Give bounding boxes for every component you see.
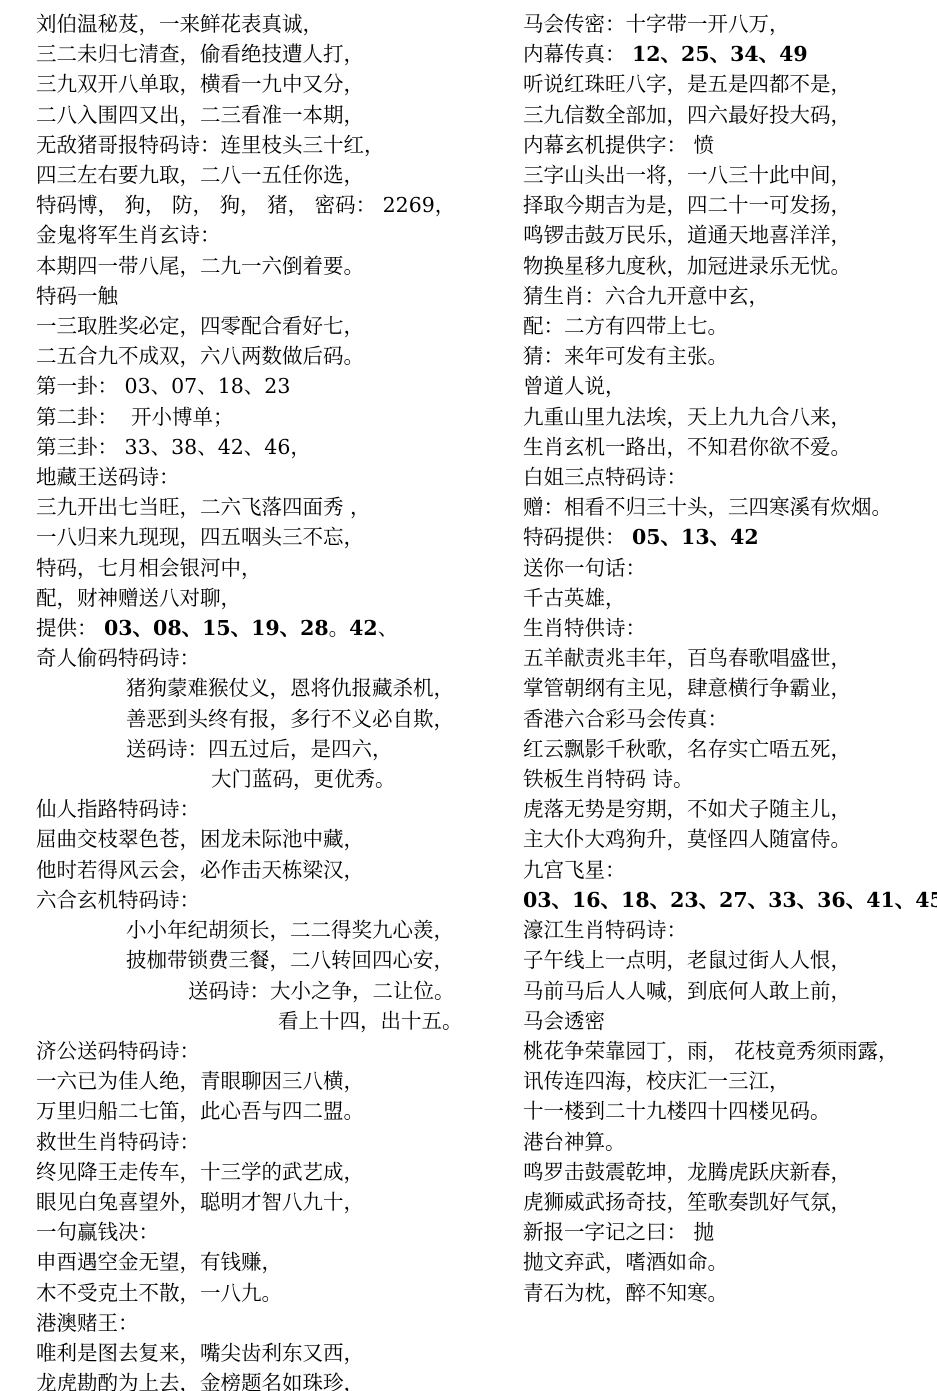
- text-line: 猪狗蒙难猴仗义，恩将仇报藏杀机，: [36, 673, 498, 703]
- text-segment: 救世生肖特码诗：: [36, 1130, 200, 1154]
- text-segment: 红云飘影千秋歌，名存实亡唔五死，: [523, 737, 851, 761]
- text-segment: 讯传连四海，校庆汇一三江，: [523, 1069, 790, 1093]
- text-line: 特码博， 狗， 防， 狗， 猪， 密码： 2269，: [36, 190, 498, 220]
- text-segment: 马会透密: [523, 1009, 605, 1033]
- text-line: 鸣锣击鼓万民乐，道通天地喜洋洋，: [523, 220, 933, 250]
- text-segment: 大门蓝码，更优秀。: [211, 767, 396, 791]
- text-line: 济公送码特码诗：: [36, 1036, 498, 1066]
- text-segment: 一三取胜奖必定，四零配合看好七，: [36, 314, 364, 338]
- text-segment: 唯利是图去复来，嘴尖齿利东又西，: [36, 1341, 364, 1365]
- document-page: 刘伯温秘芨，一来鲜花表真诚，三二未归七清查，偷看绝技遭人打，三九双开八单取，横看…: [0, 0, 937, 1391]
- text-segment: 三二未归七清查，偷看绝技遭人打，: [36, 42, 364, 66]
- text-segment: 生肖特供诗：: [523, 616, 646, 640]
- text-segment: 小小年纪胡须长，二二得奖九心羡，: [126, 918, 454, 942]
- text-segment: 择取今期吉为是，四二十一可发扬，: [523, 193, 851, 217]
- text-segment: 五羊献责兆丰年，百鸟春歌唱盛世，: [523, 646, 851, 670]
- text-segment: 特码提供：: [523, 525, 632, 549]
- text-line: 万里归船二七笛，此心吾与四二盟。: [36, 1096, 498, 1126]
- text-segment: 青石为枕，醉不知寒。: [523, 1281, 728, 1305]
- text-segment: 三九双开八单取，横看一九中又分，: [36, 72, 364, 96]
- text-line: 千古英雄，: [523, 583, 933, 613]
- text-line: 三九双开八单取，横看一九中又分，: [36, 69, 498, 99]
- text-line: 四三左右要九取，二八一五任你选，: [36, 160, 498, 190]
- text-line: 五羊献责兆丰年，百鸟春歌唱盛世，: [523, 643, 933, 673]
- text-line: 看上十四，出十五。: [36, 1006, 498, 1036]
- text-segment: 三九信数全部加，四六最好投大码，: [523, 103, 851, 127]
- text-segment: 九重山里九法埃，天上九九合八来，: [523, 405, 851, 429]
- text-segment: 一六已为佳人绝，青眼聊因三八横，: [36, 1069, 364, 1093]
- text-segment: 屈曲交枝翠色苍，困龙未际池中藏，: [36, 827, 364, 851]
- right-column: 马会传密：十字带一开八万，内幕传真： 12、25、34、49听说红珠旺八字，是五…: [523, 9, 933, 1308]
- text-segment: 马前马后人人喊，到底何人敢上前，: [523, 979, 851, 1003]
- text-line: 特码一触: [36, 281, 498, 311]
- text-segment: 虎狮威武扬奇技，笙歌奏凯好气氛，: [523, 1190, 851, 1214]
- text-line: 木不受克土不散，一八九。: [36, 1278, 498, 1308]
- text-line: 马前马后人人喊，到底何人敢上前，: [523, 976, 933, 1006]
- number-segment: 2269: [383, 193, 435, 217]
- text-line: 猜：来年可发有主张。: [523, 341, 933, 371]
- text-segment: 、: [378, 616, 399, 640]
- text-segment: 披枷带锁费三餐，二八转回四心安，: [126, 948, 454, 972]
- text-line: 他时若得风云会，必作击天栋梁汉，: [36, 855, 498, 885]
- text-line: 配：二方有四带上七。: [523, 311, 933, 341]
- text-segment: 本期四一带八尾，二九一六倒着要。: [36, 254, 364, 278]
- text-line: 十一楼到二十九楼四十四楼见码。: [523, 1096, 933, 1126]
- bold-number-segment: 03、08、15、19、28: [104, 616, 329, 640]
- text-segment: 主大仆大鸡狗升，莫怪四人随富侍。: [523, 827, 851, 851]
- text-segment: 鸣锣击鼓万民乐，道通天地喜洋洋，: [523, 223, 851, 247]
- text-line: 生肖特供诗：: [523, 613, 933, 643]
- text-line: 红云飘影千秋歌，名存实亡唔五死，: [523, 734, 933, 764]
- text-segment: 港台神算。: [523, 1130, 626, 1154]
- text-line: 申酉遇空金无望，有钱赚，: [36, 1247, 498, 1277]
- bold-number-segment: 12、25、34、49: [632, 42, 808, 66]
- text-segment: 铁板生肖特码 诗。: [523, 767, 694, 791]
- text-line: 猜生肖：六合九开意中玄，: [523, 281, 933, 311]
- text-line: 唯利是图去复来，嘴尖齿利东又西，: [36, 1338, 498, 1368]
- text-line: 赠：相看不归三十头，三四寒溪有炊烟。: [523, 492, 933, 522]
- text-line: 新报一字记之曰： 抛: [523, 1217, 933, 1247]
- text-segment: 内幕传真：: [523, 42, 632, 66]
- text-segment: 虎落无势是穷期，不如犬子随主儿，: [523, 797, 851, 821]
- text-segment: ，: [290, 435, 311, 459]
- text-line: 救世生肖特码诗：: [36, 1127, 498, 1157]
- text-line: 一六已为佳人绝，青眼聊因三八横，: [36, 1066, 498, 1096]
- text-segment: 刘伯温秘芨，一来鲜花表真诚，: [36, 12, 323, 36]
- text-segment: 眼见白兔喜望外，聪明才智八九十，: [36, 1190, 364, 1214]
- text-segment: 三九开出七当旺，二六飞落四面秀 ，: [36, 495, 371, 519]
- left-column: 刘伯温秘芨，一来鲜花表真诚，三二未归七清查，偷看绝技遭人打，三九双开八单取，横看…: [36, 9, 498, 1391]
- text-segment: 配，财神赠送八对聊，: [36, 586, 241, 610]
- text-line: 香港六合彩马会传真：: [523, 704, 933, 734]
- text-line: 三字山头出一将，一八三十此中间，: [523, 160, 933, 190]
- text-segment: 三字山头出一将，一八三十此中间，: [523, 163, 851, 187]
- text-segment: 看上十四，出十五。: [278, 1009, 463, 1033]
- text-line: 眼见白兔喜望外，聪明才智八九十，: [36, 1187, 498, 1217]
- text-line: 仙人指路特码诗：: [36, 794, 498, 824]
- text-segment: 二五合九不成双，六八两数做后码。: [36, 344, 364, 368]
- text-segment: 送你一句话：: [523, 556, 646, 580]
- text-line: 内幕玄机提供字： 愤: [523, 130, 933, 160]
- text-segment: 送码诗：大小之争，二让位。: [188, 979, 455, 1003]
- text-line: 濠江生肖特码诗：: [523, 915, 933, 945]
- text-segment: 他时若得风云会，必作击天栋梁汉，: [36, 858, 364, 882]
- text-segment: 金鬼将军生肖玄诗：: [36, 223, 221, 247]
- text-line: 主大仆大鸡狗升，莫怪四人随富侍。: [523, 824, 933, 854]
- text-line: 善恶到头终有报，多行不义必自欺，: [36, 704, 498, 734]
- text-line: 配，财神赠送八对聊，: [36, 583, 498, 613]
- text-segment: 猪狗蒙难猴仗义，恩将仇报藏杀机，: [126, 676, 454, 700]
- text-line: 第一卦： 03、07、18、23: [36, 371, 498, 401]
- text-line: 无敌猪哥报特码诗：连里枝头三十红，: [36, 130, 498, 160]
- text-segment: 一八归来九现现，四五咽头三不忘，: [36, 525, 364, 549]
- text-segment: 地藏王送码诗：: [36, 465, 180, 489]
- text-line: 第二卦： 开小博单；: [36, 402, 498, 432]
- text-line: 港澳赌王：: [36, 1308, 498, 1338]
- text-segment: ，: [435, 193, 456, 217]
- text-segment: 奇人偷码特码诗：: [36, 646, 200, 670]
- bold-number-segment: 05、13、42: [632, 525, 759, 549]
- bold-number-segment: 42: [349, 616, 378, 640]
- text-segment: 济公送码特码诗：: [36, 1039, 200, 1063]
- text-line: 曾道人说，: [523, 371, 933, 401]
- text-line: 择取今期吉为是，四二十一可发扬，: [523, 190, 933, 220]
- text-segment: 第二卦： 开小博单；: [36, 405, 234, 429]
- text-segment: 子午线上一点明，老鼠过街人人恨，: [523, 948, 851, 972]
- text-segment: 猜生肖：六合九开意中玄，: [523, 284, 769, 308]
- text-segment: 内幕玄机提供字： 愤: [523, 133, 714, 157]
- text-line: 马会透密: [523, 1006, 933, 1036]
- text-segment: 掌管朝纲有主见，肆意横行争霸业，: [523, 676, 851, 700]
- text-line: 青石为枕，醉不知寒。: [523, 1278, 933, 1308]
- text-line: 桃花争荣靠园丁，雨， 花枝竟秀须雨露，: [523, 1036, 933, 1066]
- text-line: 03、16、18、23、27、33、36、41、45: [523, 885, 933, 915]
- text-segment: 特码博， 狗， 防， 狗， 猪， 密码：: [36, 193, 383, 217]
- number-segment: 03、07、18、23: [125, 374, 291, 398]
- text-line: 特码提供： 05、13、42: [523, 522, 933, 552]
- text-line: 送码诗：大小之争，二让位。: [36, 976, 498, 1006]
- text-segment: 生肖玄机一路出，不知君你欲不爱。: [523, 435, 851, 459]
- text-segment: 申酉遇空金无望，有钱赚，: [36, 1250, 282, 1274]
- text-line: 三二未归七清查，偷看绝技遭人打，: [36, 39, 498, 69]
- text-line: 物换星移九度秋，加冠进录乐无忧。: [523, 251, 933, 281]
- text-segment: 一句赢钱决：: [36, 1220, 159, 1244]
- text-segment: 香港六合彩马会传真：: [523, 707, 728, 731]
- text-line: 鸣罗击鼓震乾坤，龙腾虎跃庆新春，: [523, 1157, 933, 1187]
- text-line: 第三卦： 33、38、42、46，: [36, 432, 498, 462]
- text-line: 一三取胜奖必定，四零配合看好七，: [36, 311, 498, 341]
- text-line: 小小年纪胡须长，二二得奖九心羡，: [36, 915, 498, 945]
- text-segment: 马会传密：十字带一开八万，: [523, 12, 790, 36]
- text-segment: 物换星移九度秋，加冠进录乐无忧。: [523, 254, 851, 278]
- text-line: 三九开出七当旺，二六飞落四面秀 ，: [36, 492, 498, 522]
- text-segment: 赠：相看不归三十头，三四寒溪有炊烟。: [523, 495, 892, 519]
- text-segment: 二八入围四又出，二三看准一本期，: [36, 103, 364, 127]
- text-line: 刘伯温秘芨，一来鲜花表真诚，: [36, 9, 498, 39]
- number-segment: 33、38、42、46: [125, 435, 291, 459]
- text-segment: 特码一触: [36, 284, 118, 308]
- text-segment: 木不受克土不散，一八九。: [36, 1281, 282, 1305]
- bold-number-segment: 03、16、18、23、27、33、36、41、45: [523, 888, 937, 912]
- text-segment: 猜：来年可发有主张。: [523, 344, 728, 368]
- text-line: 地藏王送码诗：: [36, 462, 498, 492]
- text-segment: 。: [329, 616, 350, 640]
- text-line: 送你一句话：: [523, 553, 933, 583]
- text-line: 奇人偷码特码诗：: [36, 643, 498, 673]
- text-segment: 白姐三点特码诗：: [523, 465, 687, 489]
- text-line: 送码诗：四五过后，是四六，: [36, 734, 498, 764]
- text-line: 三九信数全部加，四六最好投大码，: [523, 100, 933, 130]
- text-segment: 濠江生肖特码诗：: [523, 918, 687, 942]
- text-line: 二五合九不成双，六八两数做后码。: [36, 341, 498, 371]
- text-segment: 龙虎勘酌为上去，金榜题名如珠珍，: [36, 1371, 364, 1391]
- text-line: 掌管朝纲有主见，肆意横行争霸业，: [523, 673, 933, 703]
- text-line: 马会传密：十字带一开八万，: [523, 9, 933, 39]
- text-line: 抛文弃武，嗜酒如命。: [523, 1247, 933, 1277]
- text-line: 屈曲交枝翠色苍，困龙未际池中藏，: [36, 824, 498, 854]
- text-segment: 六合玄机特码诗：: [36, 888, 200, 912]
- text-segment: 仙人指路特码诗：: [36, 797, 200, 821]
- text-line: 终见降王走传车，十三学的武艺成，: [36, 1157, 498, 1187]
- text-line: 披枷带锁费三餐，二八转回四心安，: [36, 945, 498, 975]
- text-segment: 听说红珠旺八字，是五是四都不是，: [523, 72, 851, 96]
- text-line: 一句赢钱决：: [36, 1217, 498, 1247]
- text-segment: 曾道人说，: [523, 374, 626, 398]
- text-segment: 配：二方有四带上七。: [523, 314, 728, 338]
- text-segment: 九宫飞星：: [523, 858, 626, 882]
- text-segment: 第一卦：: [36, 374, 125, 398]
- text-segment: 十一楼到二十九楼四十四楼见码。: [523, 1099, 831, 1123]
- text-line: 本期四一带八尾，二九一六倒着要。: [36, 251, 498, 281]
- text-line: 港台神算。: [523, 1127, 933, 1157]
- text-segment: 万里归船二七笛，此心吾与四二盟。: [36, 1099, 364, 1123]
- text-line: 虎落无势是穷期，不如犬子随主儿，: [523, 794, 933, 824]
- text-segment: 提供：: [36, 616, 104, 640]
- text-line: 二八入围四又出，二三看准一本期，: [36, 100, 498, 130]
- text-line: 提供： 03、08、15、19、28。42、: [36, 613, 498, 643]
- text-line: 铁板生肖特码 诗。: [523, 764, 933, 794]
- text-segment: 抛文弃武，嗜酒如命。: [523, 1250, 728, 1274]
- text-line: 九重山里九法埃，天上九九合八来，: [523, 402, 933, 432]
- text-line: 六合玄机特码诗：: [36, 885, 498, 915]
- text-line: 九宫飞星：: [523, 855, 933, 885]
- text-segment: 送码诗：四五过后，是四六，: [126, 737, 393, 761]
- text-segment: 新报一字记之曰： 抛: [523, 1220, 714, 1244]
- text-segment: 第三卦：: [36, 435, 125, 459]
- text-line: 龙虎勘酌为上去，金榜题名如珠珍，: [36, 1368, 498, 1391]
- text-segment: 善恶到头终有报，多行不义必自欺，: [126, 707, 454, 731]
- text-line: 虎狮威武扬奇技，笙歌奏凯好气氛，: [523, 1187, 933, 1217]
- text-line: 金鬼将军生肖玄诗：: [36, 220, 498, 250]
- text-segment: 桃花争荣靠园丁，雨， 花枝竟秀须雨露，: [523, 1039, 899, 1063]
- text-line: 听说红珠旺八字，是五是四都不是，: [523, 69, 933, 99]
- text-segment: 千古英雄，: [523, 586, 626, 610]
- text-line: 一八归来九现现，四五咽头三不忘，: [36, 522, 498, 552]
- text-line: 内幕传真： 12、25、34、49: [523, 39, 933, 69]
- text-line: 大门蓝码，更优秀。: [36, 764, 498, 794]
- text-line: 白姐三点特码诗：: [523, 462, 933, 492]
- text-line: 特码，七月相会银河中，: [36, 553, 498, 583]
- text-line: 生肖玄机一路出，不知君你欲不爱。: [523, 432, 933, 462]
- text-segment: 特码，七月相会银河中，: [36, 556, 262, 580]
- text-segment: 终见降王走传车，十三学的武艺成，: [36, 1160, 364, 1184]
- text-segment: 鸣罗击鼓震乾坤，龙腾虎跃庆新春，: [523, 1160, 851, 1184]
- text-segment: 港澳赌王：: [36, 1311, 139, 1335]
- text-line: 子午线上一点明，老鼠过街人人恨，: [523, 945, 933, 975]
- text-line: 讯传连四海，校庆汇一三江，: [523, 1066, 933, 1096]
- text-segment: 四三左右要九取，二八一五任你选，: [36, 163, 364, 187]
- text-segment: 无敌猪哥报特码诗：连里枝头三十红，: [36, 133, 385, 157]
